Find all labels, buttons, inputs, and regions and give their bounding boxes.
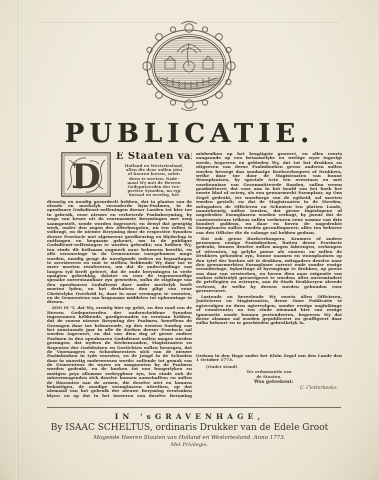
body-paragraph: dienstig en noodig geoordeelt hebben, da… — [47, 200, 192, 305]
intro-block: D E Staaten van Holland en Westvriesland… — [61, 152, 192, 198]
text-column-left: D E Staaten van Holland en Westvriesland… — [47, 152, 192, 398]
intro-text: E Staaten van Holland en Westvriesland, … — [116, 152, 192, 198]
body-paragraph: Dat ook geene Boekverkoopers, Kramers of… — [196, 237, 342, 294]
svg-text:D: D — [71, 157, 100, 197]
imprint-place: IN 'sGRAVENHAGE, — [0, 412, 379, 421]
text-column-right: misbruiken op het kragtigste geweert, en… — [196, 152, 342, 353]
imprint-block: IN 'sGRAVENHAGE, By ISAAC SCHELTUS, ordi… — [0, 412, 379, 448]
imprint-privilege: Met Privilegie. — [0, 442, 379, 448]
dateline: Gedaan in den Hage onder het Klein Zegel… — [196, 354, 342, 363]
imprint-printer: By ISAAC SCHELTUS, ordinaris Drukker van… — [0, 423, 379, 433]
divider-rule — [47, 407, 341, 408]
body-paragraph: ZOO IS 'T, dat Wy, ernstig hier op gelet… — [47, 306, 192, 398]
imprint-printer-line2: Mogende Heeren Staaten van Holland en We… — [0, 435, 379, 441]
body-paragraph: misbruiken op het kragtigste geweert, en… — [196, 152, 342, 235]
hollandse-tuin-vignette-icon — [137, 20, 241, 112]
signature: C. Clotterbooke. — [196, 386, 342, 392]
intro-line: beraad en overleg, het — [116, 193, 192, 197]
signoff-block: Gedaan in den Hage onder het Klein Zegel… — [196, 354, 342, 392]
page-title: PUBLICATIE. — [0, 119, 379, 149]
scanned-broadside-document: PUBLICATIE. D E Staaten van — [0, 0, 379, 480]
intro-heading: E Staaten van — [116, 152, 192, 162]
dropcap-initial-d-icon: D — [61, 152, 111, 197]
body-paragraph: Lastende en beveelende Wy voorts allen O… — [196, 295, 342, 326]
